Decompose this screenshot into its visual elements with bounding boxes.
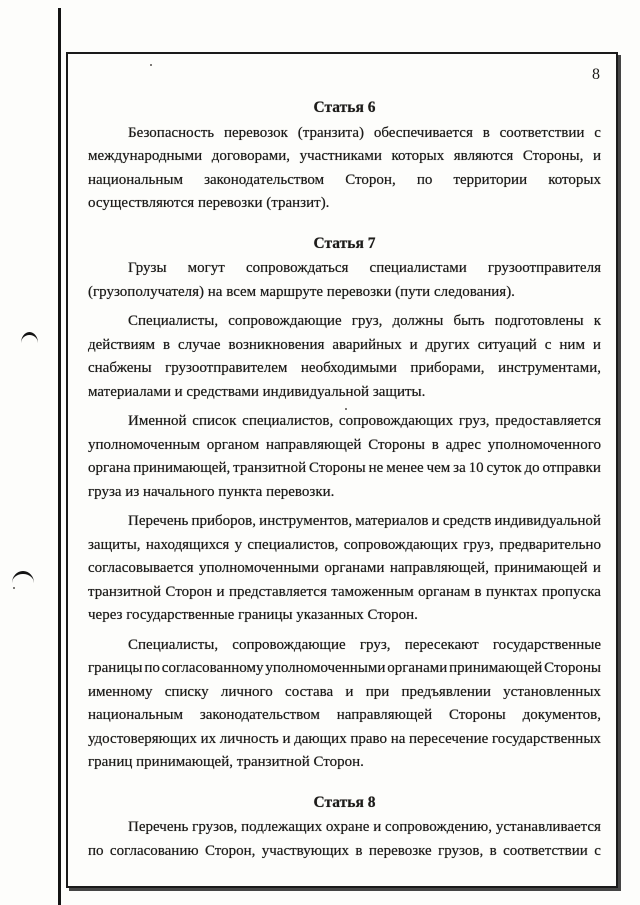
text-line: груза из начального пункта перевозки. <box>88 481 601 505</box>
text-line: материалами и средствами индивидуальной … <box>88 381 601 405</box>
paragraph: Грузымогутсопровождатьсяспециалистамигру… <box>88 257 601 304</box>
article-heading-8: Статья 8 <box>88 791 601 815</box>
paragraph: Специалисты,сопровождающиегруз,должныбыт… <box>88 310 601 404</box>
scanned-document-page: { "colors": { "ink": "#1d1c1a", "paper":… <box>0 0 640 905</box>
text-line: действиямвслучаевозникновенияаварийныхид… <box>88 334 601 358</box>
article-heading-6: Статья 6 <box>88 96 601 120</box>
scan-edge-strip <box>58 8 61 905</box>
text-line: национальнымзаконодательствомСторон,поте… <box>88 169 601 193</box>
text-line: Специалисты,сопровождающиегруз,должныбыт… <box>88 310 601 334</box>
text-line: органапринимающей,транзитнойСторонынемен… <box>88 457 601 481</box>
text-line: через государственные границы указанных … <box>88 604 601 628</box>
text-line: транзитнойСторонипредставляетсятаможенны… <box>88 581 601 605</box>
paragraph: Переченьприборов,инструментов,материалов… <box>88 510 601 628</box>
paragraph: Именнойсписокспециалистов,сопровождающих… <box>88 410 601 504</box>
text-line: осуществляются перевозки (транзит). <box>88 192 601 216</box>
paragraph: Специалисты,сопровождающиегруз,пересекаю… <box>88 634 601 775</box>
text-line: национальнымзаконодательствомнаправляюще… <box>88 704 601 728</box>
scan-speck <box>13 587 15 589</box>
text-line: Переченьгрузов,подлежащихохранеисопровож… <box>88 816 601 840</box>
text-line: согласовываетсяуполномоченнымиорганамина… <box>88 557 601 581</box>
article-heading-7: Статья 7 <box>88 232 601 256</box>
text-line: Именнойсписокспециалистов,сопровождающих… <box>88 410 601 434</box>
scan-speck <box>150 64 152 66</box>
text-line: Специалисты,сопровождающиегруз,пересекаю… <box>88 634 601 658</box>
text-line: Безопасностьперевозок(транзита)обеспечив… <box>88 122 601 146</box>
text-line: границыпосогласованномууполномоченнымиор… <box>88 657 601 681</box>
text-line: именномуспискуличногосоставаиприпредъявл… <box>88 681 601 705</box>
text-line: границ принимающей, транзитной Сторон. <box>88 751 601 775</box>
text-line: уполномоченныморганомнаправляющейСтороны… <box>88 434 601 458</box>
text-line: Грузымогутсопровождатьсяспециалистамигру… <box>88 257 601 281</box>
margin-arc-mark-bottom <box>12 571 34 583</box>
text-line: защиты,находящихсяуспециалистов,сопровож… <box>88 534 601 558</box>
text-line: удостоверяющихихличностьидающихправонапе… <box>88 728 601 752</box>
paragraph: Безопасностьперевозок(транзита)обеспечив… <box>88 122 601 216</box>
text-line: Переченьприборов,инструментов,материалов… <box>88 510 601 534</box>
document-body: Статья 6 Безопасностьперевозок(транзита)… <box>88 80 601 869</box>
text-line: (грузополучателя) на всем маршруте перев… <box>88 281 601 305</box>
text-line: посогласованиюСторон,участвующихвперевоз… <box>88 840 601 864</box>
paragraph: Переченьгрузов,подлежащихохранеисопровож… <box>88 816 601 863</box>
text-line: снабженыгрузоотправителемнеобходимымипри… <box>88 357 601 381</box>
margin-arc-mark-top <box>21 332 38 343</box>
text-line: международнымидоговорами,участникамикото… <box>88 145 601 169</box>
